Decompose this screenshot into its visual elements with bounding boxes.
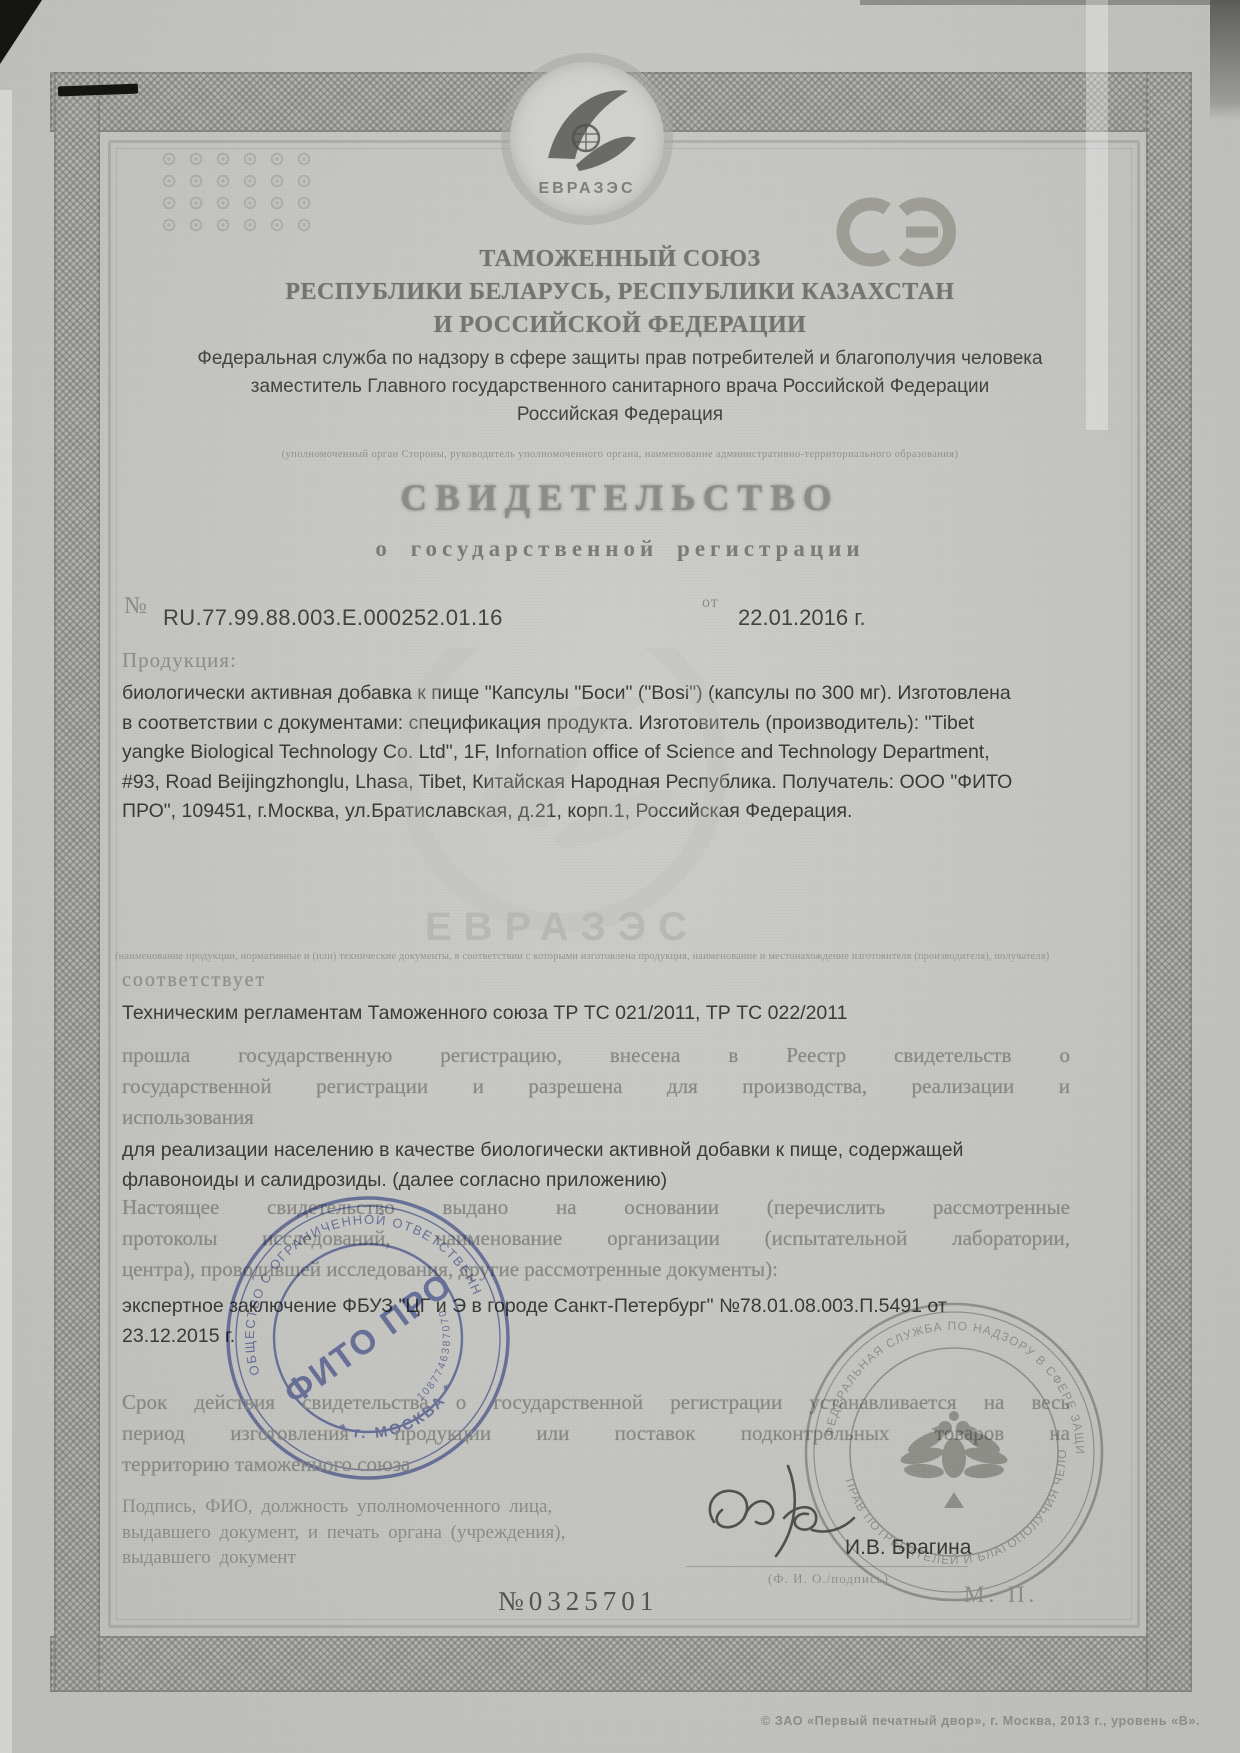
form-line: использования [122,1102,1070,1133]
security-c-pattern [156,148,324,240]
certificate-date: 22.01.2016 г. [738,605,866,631]
number-sign: № [124,593,147,620]
stamp-place-label: М. П. [964,1582,1038,1608]
document-subtitle: о государственной регистрации [0,536,1240,562]
scan-corner-shadow-tl [0,0,42,64]
handwritten-signature [692,1460,870,1568]
union-line: ТАМОЖЕННЫЙ СОЮЗ [0,243,1240,276]
form-line: прошла государственную регистрацию, внес… [122,1040,1070,1071]
form-line: государственной регистрации и разрешена … [122,1071,1070,1102]
form-line: Настоящее свидетельство выдано на основа… [122,1192,1070,1223]
eurasec-emblem: ЕВРАЗЭС [510,62,664,216]
product-description: биологически активная добавка к пище "Ка… [122,679,1097,827]
scan-corner-shadow-tr [1210,0,1240,120]
authority-line: заместитель Главного государственного са… [0,373,1240,401]
double-headed-eagle-icon [899,1411,1009,1508]
registration-typed-text: для реализации населению в качестве биол… [122,1136,1082,1195]
compliance-label: соответствует [122,969,266,992]
authority-line: Российская Федерация [0,401,1240,429]
authority-caption: (уполномоченный орган Стороны, руководит… [115,449,1125,460]
signer-name: И.В. Брагина [845,1536,971,1560]
registration-form-text: прошла государственную регистрацию, внес… [122,1040,1070,1133]
blank-serial-number: №0325701 [498,1586,658,1617]
product-caption: (наименование продукции, нормативные и (… [115,951,1130,962]
product-line: #93, Road Beijingzhonglu, Lhasa, Tibet, … [122,768,1097,798]
certificate-scan: ЕВРАЗЭС ТАМОЖЕННЫЙ СОЮЗ РЕСПУБЛИКИ БЕЛАР… [0,0,1240,1753]
caption-line: выдавшего документ [122,1545,682,1571]
union-line: РЕСПУБЛИКИ БЕЛАРУСЬ, РЕСПУБЛИКИ КАЗАХСТА… [0,276,1240,309]
compliance-text: Техническим регламентам Таможенного союз… [122,999,1097,1029]
product-label: Продукция: [122,648,237,673]
signature-line [686,1566,968,1567]
signature-caption: Подпись, ФИО, должность уполномоченного … [122,1494,682,1571]
printer-credit: © ЗАО «Первый печатный двор», г. Москва,… [761,1714,1200,1728]
signature-under-caption: (Ф. И. О./подпись) [768,1571,889,1587]
product-line: yangke Biological Technology Co. Ltd", 1… [122,738,1097,768]
document-title: СВИДЕТЕЛЬСТВО [0,477,1240,520]
product-line: ПРО", 109451, г.Москва, ул.Братиславская… [122,797,1097,827]
date-label: от [702,594,719,612]
certificate-number: RU.77.99.88.003.E.000252.01.16 [163,605,503,631]
border-band-bottom [50,1636,1192,1692]
scan-edge-streak [860,0,1240,5]
union-heading: ТАМОЖЕННЫЙ СОЮЗ РЕСПУБЛИКИ БЕЛАРУСЬ, РЕС… [0,243,1240,342]
typed-line: флавоноиды и салидрозиды. (далее согласн… [122,1166,1082,1196]
typed-line: для реализации населению в качестве биол… [122,1136,1082,1166]
issuing-authority: Федеральная служба по надзору в сфере за… [0,345,1240,429]
product-line: биологически активная добавка к пище "Ка… [122,679,1097,709]
caption-line: выдавшего документ, и печать органа (учр… [122,1520,682,1546]
authority-line: Федеральная служба по надзору в сфере за… [0,345,1240,373]
eurasec-label: ЕВРАЗЭС [510,180,664,198]
union-line: И РОССИЙСКОЙ ФЕДЕРАЦИИ [0,309,1240,342]
caption-line: Подпись, ФИО, должность уполномоченного … [122,1494,682,1520]
product-line: в соответствии с документами: спецификац… [122,709,1097,739]
